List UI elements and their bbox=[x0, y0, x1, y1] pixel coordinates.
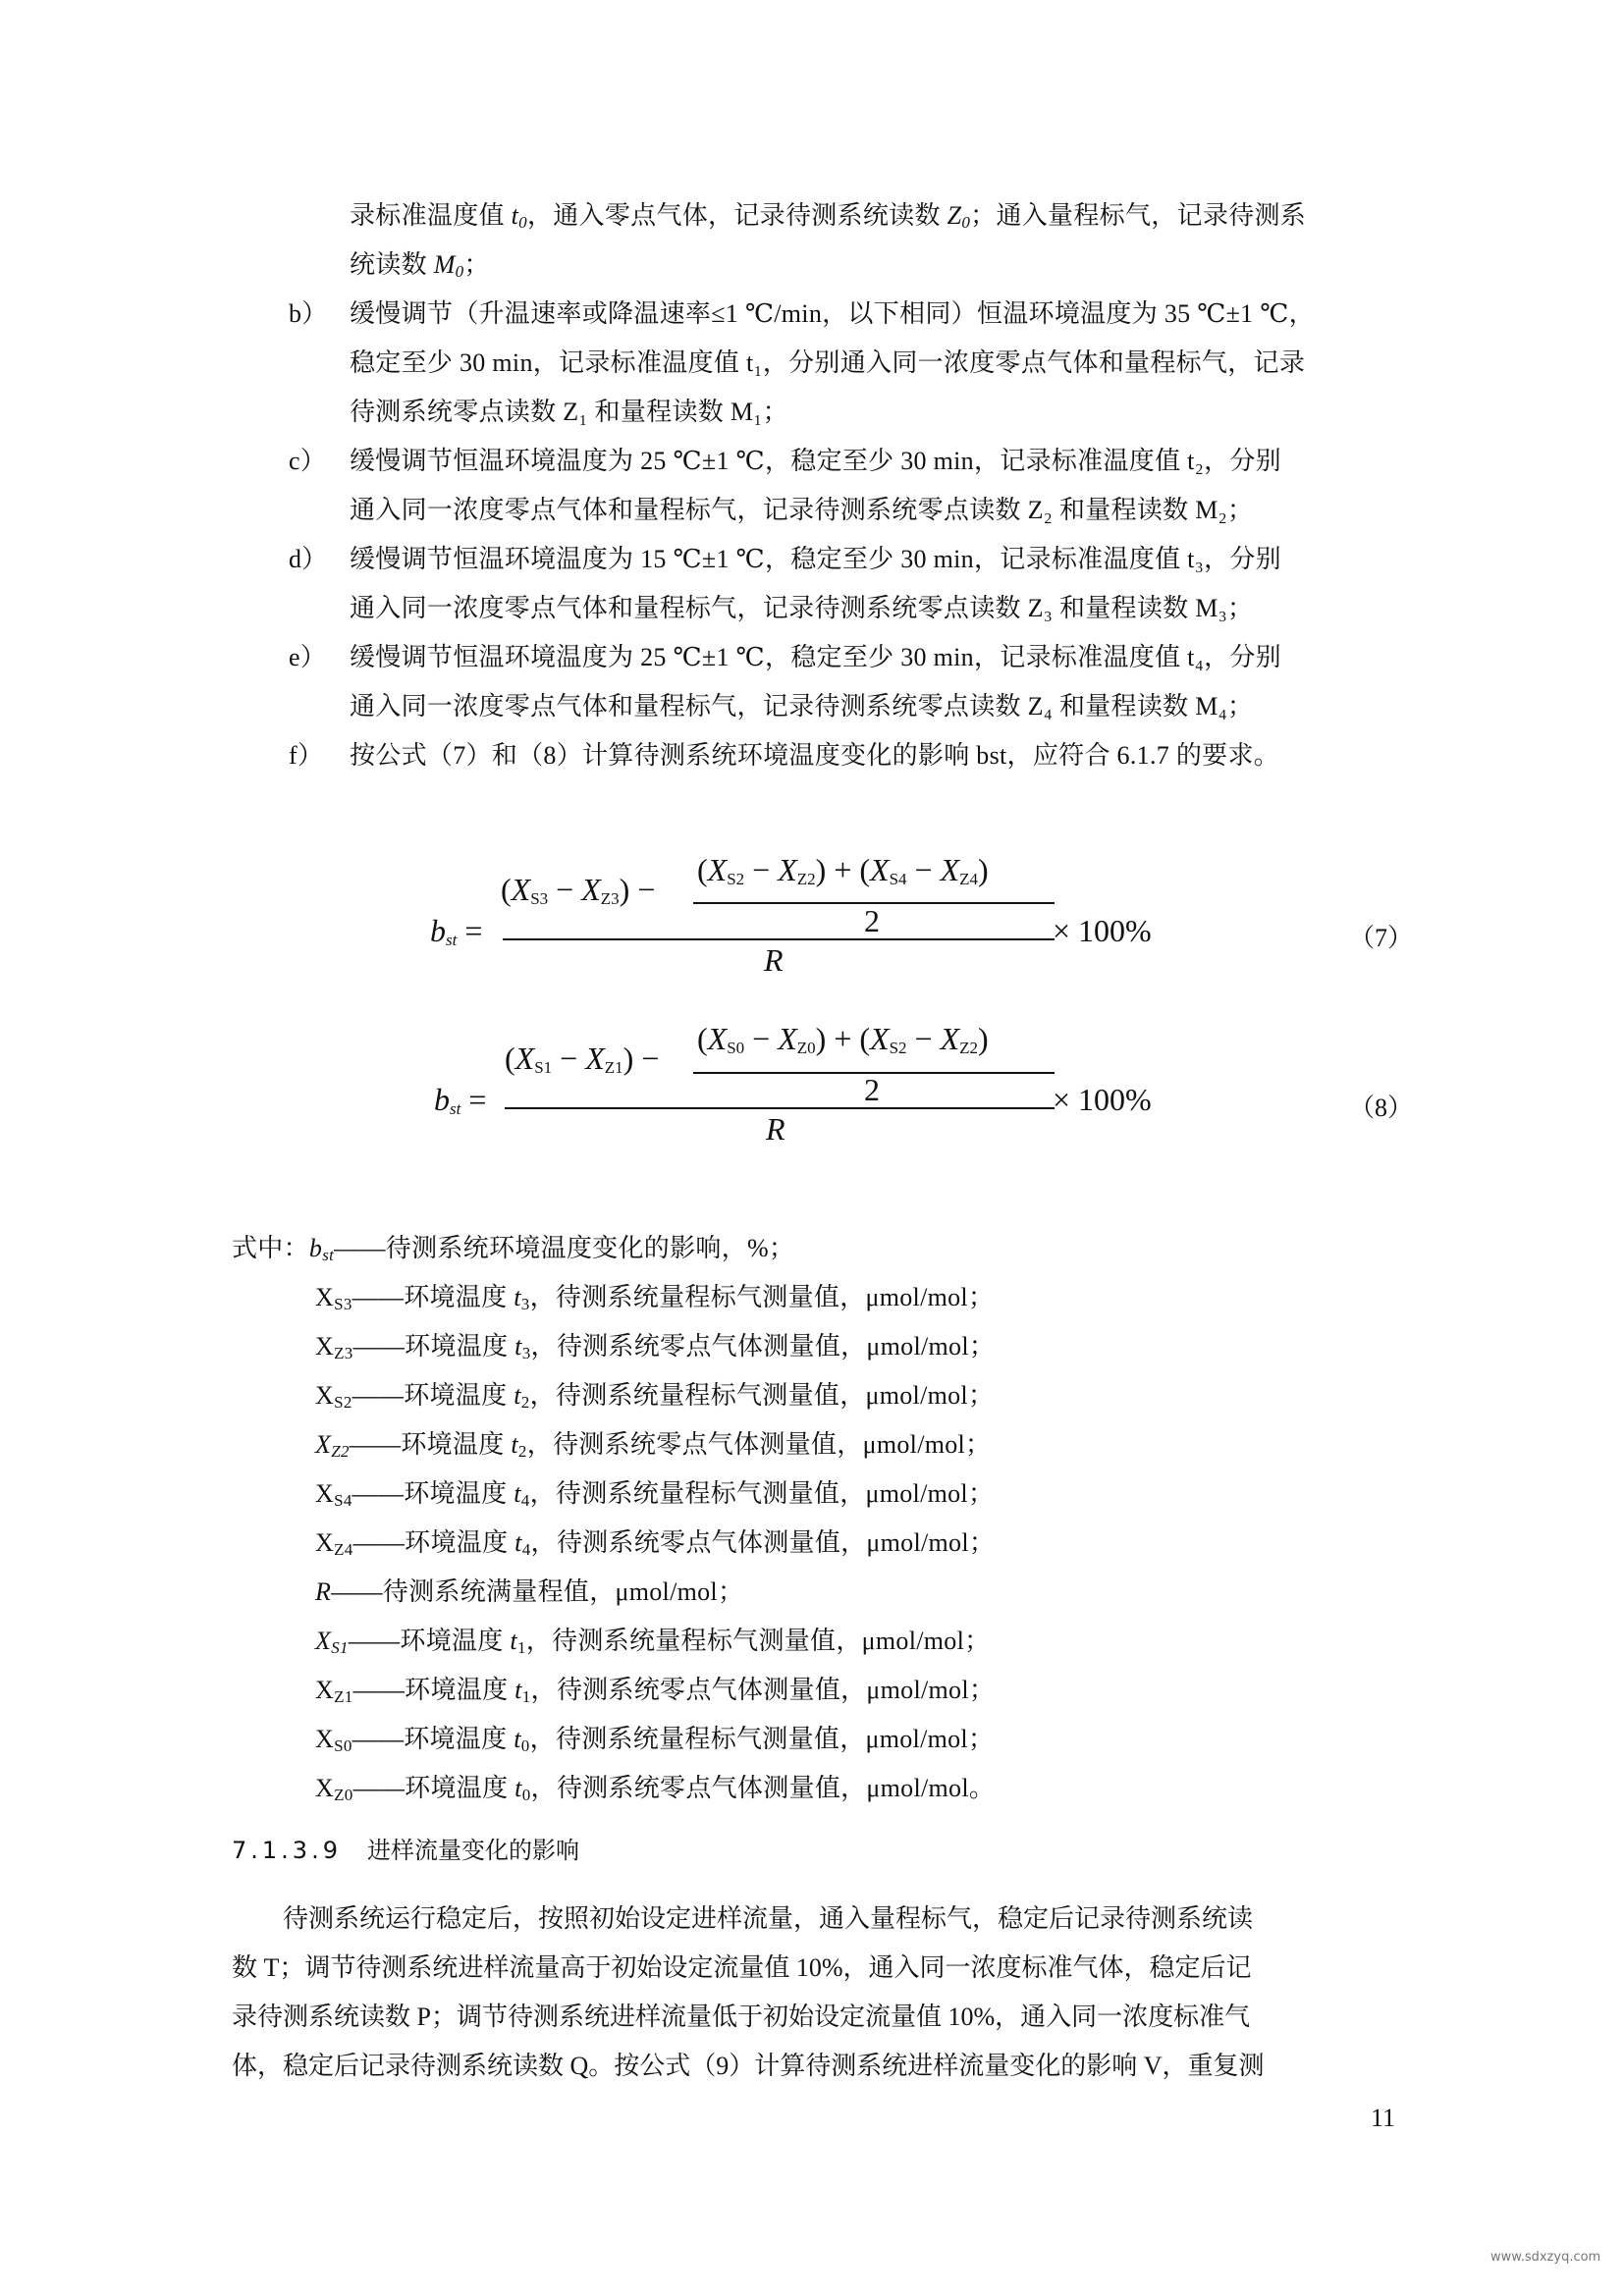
eq8-main-fraction-bar bbox=[505, 1107, 1055, 1109]
var-description: ——待测系统满量程值，μmol/mol； bbox=[331, 1577, 743, 1606]
var-description-tail: ，待测系统零点气体测量值，μmol/mol。 bbox=[531, 1774, 996, 1802]
temperature-subscript: 3 bbox=[521, 1295, 530, 1313]
eq8-inner-denominator: 2 bbox=[864, 1072, 880, 1108]
var-subscript: S1 bbox=[331, 1638, 349, 1657]
var-temperature: t bbox=[514, 1332, 522, 1361]
text: 统读数 bbox=[350, 250, 434, 279]
lhs-symbol: b bbox=[434, 1082, 450, 1117]
step-f-line-1: f）按公式（7）和（8）计算待测系统环境温度变化的影响 bst，应符合 6.1.… bbox=[289, 739, 1279, 773]
var-symbol: X bbox=[315, 1528, 334, 1557]
step-e-line-2: 通入同一浓度零点气体和量程标气，记录待测系统零点读数 Z₄ 和量程读数 M₄； bbox=[350, 690, 1253, 723]
var-temperature: t bbox=[510, 1627, 517, 1655]
step-e-line-1: e）缓慢调节恒温环境温度为 25 ℃±1 ℃，稳定至少 30 min，记录标准温… bbox=[289, 641, 1281, 674]
var-subscript: S4 bbox=[334, 1491, 352, 1510]
var-subscript: S3 bbox=[334, 1295, 352, 1313]
step-c-line-2: 通入同一浓度零点气体和量程标气，记录待测系统零点读数 Z₂ 和量程读数 M₂； bbox=[350, 494, 1253, 527]
step-label: d） bbox=[289, 543, 350, 576]
var-z: Z bbox=[947, 201, 962, 230]
where-item: XZ3——环境温度 t3，待测系统零点气体测量值，μmol/mol； bbox=[315, 1330, 995, 1363]
var-subscript: S0 bbox=[334, 1736, 352, 1755]
var-temperature: t bbox=[514, 1528, 522, 1557]
step-label: c） bbox=[289, 445, 350, 478]
var-description-tail: ，待测系统量程标气测量值，μmol/mol； bbox=[530, 1725, 995, 1753]
step-b-line-3: 待测系统零点读数 Z₁ 和量程读数 M₁； bbox=[350, 396, 788, 429]
var-temperature: t bbox=[514, 1381, 521, 1410]
eq7-inner-denominator: 2 bbox=[864, 903, 880, 939]
where-prefix: 式中： bbox=[232, 1234, 309, 1262]
var-symbol: X bbox=[315, 1283, 334, 1311]
subscript: 0 bbox=[518, 213, 527, 232]
var-description: ——环境温度 bbox=[353, 1774, 515, 1802]
eq7-multiplier: × 100% bbox=[1053, 913, 1152, 949]
lhs-subscript: st bbox=[450, 1099, 460, 1118]
step-b-line-2: 稳定至少 30 min，记录标准温度值 t₁，分别通入同一浓度零点气体和量程标气… bbox=[350, 347, 1305, 380]
where-first: 式中：bst——待测系统环境温度变化的影响，%； bbox=[232, 1232, 794, 1265]
temperature-subscript: 4 bbox=[521, 1491, 530, 1510]
var-description: ——环境温度 bbox=[349, 1627, 511, 1655]
continuation-line-1: 录标准温度值 t0，通入零点气体，记录待测系统读数 Z0；通入量程标气，记录待测… bbox=[350, 199, 1306, 233]
lhs-subscript: st bbox=[446, 931, 457, 949]
var-symbol: X bbox=[315, 1774, 334, 1802]
var-symbol: R bbox=[315, 1577, 331, 1606]
step-text: 通入同一浓度零点气体和量程标气，记录待测系统零点读数 Z₂ 和量程读数 M₂； bbox=[350, 496, 1253, 524]
var-symbol: X bbox=[315, 1430, 331, 1459]
var-description: ——环境温度 bbox=[353, 1676, 515, 1704]
var-description-tail: ，待测系统量程标气测量值，μmol/mol； bbox=[526, 1627, 991, 1655]
var-temperature: t bbox=[514, 1676, 522, 1704]
eq7-lhs: bst = bbox=[430, 913, 482, 949]
var-subscript: Z1 bbox=[334, 1687, 352, 1706]
var-symbol: X bbox=[315, 1725, 334, 1753]
text: ； bbox=[463, 250, 489, 279]
var-symbol: X bbox=[315, 1381, 334, 1410]
lhs-symbol: b bbox=[430, 913, 446, 948]
var-symbol: X bbox=[315, 1676, 334, 1704]
subscript: 0 bbox=[961, 213, 970, 232]
temperature-subscript: 3 bbox=[522, 1344, 531, 1362]
step-c-line-1: c）缓慢调节恒温环境温度为 25 ℃±1 ℃，稳定至少 30 min，记录标准温… bbox=[289, 445, 1281, 478]
var-subscript: Z4 bbox=[334, 1540, 352, 1559]
var-temperature: t bbox=[514, 1774, 522, 1802]
eq8-inner-numerator: (XS0 − XZ0) + (XS2 − XZ2) bbox=[697, 1021, 989, 1057]
temperature-subscript: 2 bbox=[521, 1393, 530, 1412]
step-d-line-1: d）缓慢调节恒温环境温度为 15 ℃±1 ℃，稳定至少 30 min，记录标准温… bbox=[289, 543, 1281, 576]
var-m: M bbox=[434, 250, 456, 279]
where-item: XS1——环境温度 t1，待测系统量程标气测量值，μmol/mol； bbox=[315, 1625, 990, 1658]
var-subscript: Z3 bbox=[334, 1344, 352, 1362]
step-text: 通入同一浓度零点气体和量程标气，记录待测系统零点读数 Z₄ 和量程读数 M₄； bbox=[350, 692, 1253, 721]
continuation-line-2: 统读数 M0； bbox=[350, 248, 490, 282]
step-label: f） bbox=[289, 739, 350, 773]
step-text: 待测系统零点读数 Z₁ 和量程读数 M₁； bbox=[350, 398, 788, 426]
section-number: 7.1.3.9 bbox=[232, 1837, 342, 1864]
var-symbol: X bbox=[315, 1479, 334, 1508]
eq8-denominator: R bbox=[766, 1111, 785, 1148]
var-description-tail: ，待测系统量程标气测量值，μmol/mol； bbox=[530, 1381, 995, 1410]
step-b-line-1: b）缓慢调节（升温速率或降温速率≤1 ℃/min，以下相同）恒温环境温度为 35… bbox=[289, 297, 1315, 331]
var-description: ——环境温度 bbox=[352, 1479, 514, 1508]
paragraph-line: 数 T；调节待测系统进样流量高于初始设定流量值 10%，通入同一浓度标准气体，稳… bbox=[232, 1944, 1396, 1993]
var-description: ——环境温度 bbox=[352, 1283, 514, 1311]
var-symbol: X bbox=[315, 1332, 334, 1361]
var-description: ——待测系统环境温度变化的影响，%； bbox=[334, 1234, 794, 1262]
var-description: ——环境温度 bbox=[353, 1332, 515, 1361]
var-description-tail: ，待测系统零点气体测量值，μmol/mol； bbox=[531, 1528, 996, 1557]
step-text: 通入同一浓度零点气体和量程标气，记录待测系统零点读数 Z₃ 和量程读数 M₃； bbox=[350, 594, 1253, 622]
step-text: 缓慢调节恒温环境温度为 25 ℃±1 ℃，稳定至少 30 min，记录标准温度值… bbox=[350, 447, 1281, 475]
section-heading: 7.1.3.9进样流量变化的影响 bbox=[232, 1834, 579, 1867]
eq7-inner-numerator: (XS2 − XZ2) + (XS4 − XZ4) bbox=[697, 852, 989, 888]
var-symbol: X bbox=[315, 1627, 331, 1655]
var-description: ——环境温度 bbox=[352, 1725, 514, 1753]
var-temperature: t bbox=[514, 1479, 521, 1508]
eq8-number: （8） bbox=[1349, 1088, 1413, 1124]
equals-sign: = bbox=[468, 1082, 486, 1117]
step-label: b） bbox=[289, 297, 350, 331]
step-text: 缓慢调节（升温速率或降温速率≤1 ℃/min，以下相同）恒温环境温度为 35 ℃… bbox=[350, 299, 1315, 328]
eq8-lhs: bst = bbox=[434, 1082, 486, 1118]
var-description: ——环境温度 bbox=[353, 1528, 515, 1557]
var-t: t bbox=[512, 201, 519, 230]
where-item: XZ4——环境温度 t4，待测系统零点气体测量值，μmol/mol； bbox=[315, 1526, 995, 1560]
eq8-term1: (XS1 − XZ1) − bbox=[505, 1041, 659, 1077]
temperature-subscript: 0 bbox=[521, 1736, 530, 1755]
where-item: XS2——环境温度 t2，待测系统量程标气测量值，μmol/mol； bbox=[315, 1379, 994, 1413]
var-description-tail: ，待测系统零点气体测量值，μmol/mol； bbox=[531, 1332, 996, 1361]
temperature-subscript: 2 bbox=[518, 1442, 527, 1461]
temperature-subscript: 4 bbox=[522, 1540, 531, 1559]
where-item: XZ2——环境温度 t2，待测系统零点气体测量值，μmol/mol； bbox=[315, 1428, 991, 1462]
var-description-tail: ，待测系统量程标气测量值，μmol/mol； bbox=[530, 1283, 995, 1311]
var-description-tail: ，待测系统零点气体测量值，μmol/mol； bbox=[527, 1430, 992, 1459]
var-subscript: Z0 bbox=[334, 1786, 352, 1804]
where-item: XZ1——环境温度 t1，待测系统零点气体测量值，μmol/mol； bbox=[315, 1674, 995, 1707]
paragraph-line: 录待测系统读数 P；调节待测系统进样流量低于初始设定流量值 10%，通入同一浓度… bbox=[232, 1993, 1396, 2042]
var-subscript: S2 bbox=[334, 1393, 352, 1412]
step-text: 稳定至少 30 min，记录标准温度值 t₁，分别通入同一浓度零点气体和量程标气… bbox=[350, 348, 1305, 377]
var-description-tail: ，待测系统零点气体测量值，μmol/mol； bbox=[531, 1676, 996, 1704]
step-text: 缓慢调节恒温环境温度为 25 ℃±1 ℃，稳定至少 30 min，记录标准温度值… bbox=[350, 643, 1281, 671]
text: ，通入零点气体，记录待测系统读数 bbox=[527, 201, 947, 230]
eq8-multiplier: × 100% bbox=[1053, 1082, 1152, 1118]
eq7-main-fraction-bar bbox=[503, 938, 1055, 940]
var-symbol: b bbox=[309, 1234, 322, 1262]
eq7-number: （7） bbox=[1349, 918, 1413, 954]
var-temperature: t bbox=[514, 1725, 521, 1753]
step-text: 缓慢调节恒温环境温度为 15 ℃±1 ℃，稳定至少 30 min，记录标准温度值… bbox=[350, 545, 1281, 573]
text: 录标准温度值 bbox=[350, 201, 512, 230]
eq7-denominator: R bbox=[764, 942, 784, 979]
var-temperature: t bbox=[511, 1430, 518, 1459]
where-item: XS3——环境温度 t3，待测系统量程标气测量值，μmol/mol； bbox=[315, 1281, 994, 1314]
step-text: 按公式（7）和（8）计算待测系统环境温度变化的影响 bst，应符合 6.1.7 … bbox=[350, 741, 1279, 770]
section-title: 进样流量变化的影响 bbox=[367, 1837, 579, 1864]
watermark: www.sdxzyq.com bbox=[1490, 2250, 1600, 2265]
text: ；通入量程标气，记录待测系 bbox=[970, 201, 1306, 230]
step-label: e） bbox=[289, 641, 350, 674]
section-paragraph: 待测系统运行稳定后，按照初始设定进样流量，通入量程标气，稳定后记录待测系统读 数… bbox=[232, 1895, 1396, 2091]
page-number: 11 bbox=[1371, 2104, 1395, 2133]
where-item: XZ0——环境温度 t0，待测系统零点气体测量值，μmol/mol。 bbox=[315, 1772, 995, 1805]
where-item: XS0——环境温度 t0，待测系统量程标气测量值，μmol/mol； bbox=[315, 1723, 994, 1756]
where-item: R——待测系统满量程值，μmol/mol； bbox=[315, 1575, 743, 1609]
var-subscript: st bbox=[322, 1246, 334, 1264]
var-temperature: t bbox=[514, 1283, 521, 1311]
equals-sign: = bbox=[464, 913, 482, 948]
var-description-tail: ，待测系统量程标气测量值，μmol/mol； bbox=[530, 1479, 995, 1508]
temperature-subscript: 0 bbox=[522, 1786, 531, 1804]
eq7-term1: (XS3 − XZ3) − bbox=[501, 872, 655, 908]
paragraph-line: 体，稳定后记录待测系统读数 Q。按公式（9）计算待测系统进样流量变化的影响 V，… bbox=[232, 2042, 1396, 2091]
temperature-subscript: 1 bbox=[522, 1687, 531, 1706]
paragraph-line: 待测系统运行稳定后，按照初始设定进样流量，通入量程标气，稳定后记录待测系统读 bbox=[232, 1895, 1396, 1944]
temperature-subscript: 1 bbox=[517, 1638, 526, 1657]
where-item: XS4——环境温度 t4，待测系统量程标气测量值，μmol/mol； bbox=[315, 1477, 994, 1511]
var-description: ——环境温度 bbox=[350, 1430, 512, 1459]
step-d-line-2: 通入同一浓度零点气体和量程标气，记录待测系统零点读数 Z₃ 和量程读数 M₃； bbox=[350, 592, 1253, 625]
var-description: ——环境温度 bbox=[352, 1381, 514, 1410]
var-subscript: Z2 bbox=[331, 1442, 350, 1461]
